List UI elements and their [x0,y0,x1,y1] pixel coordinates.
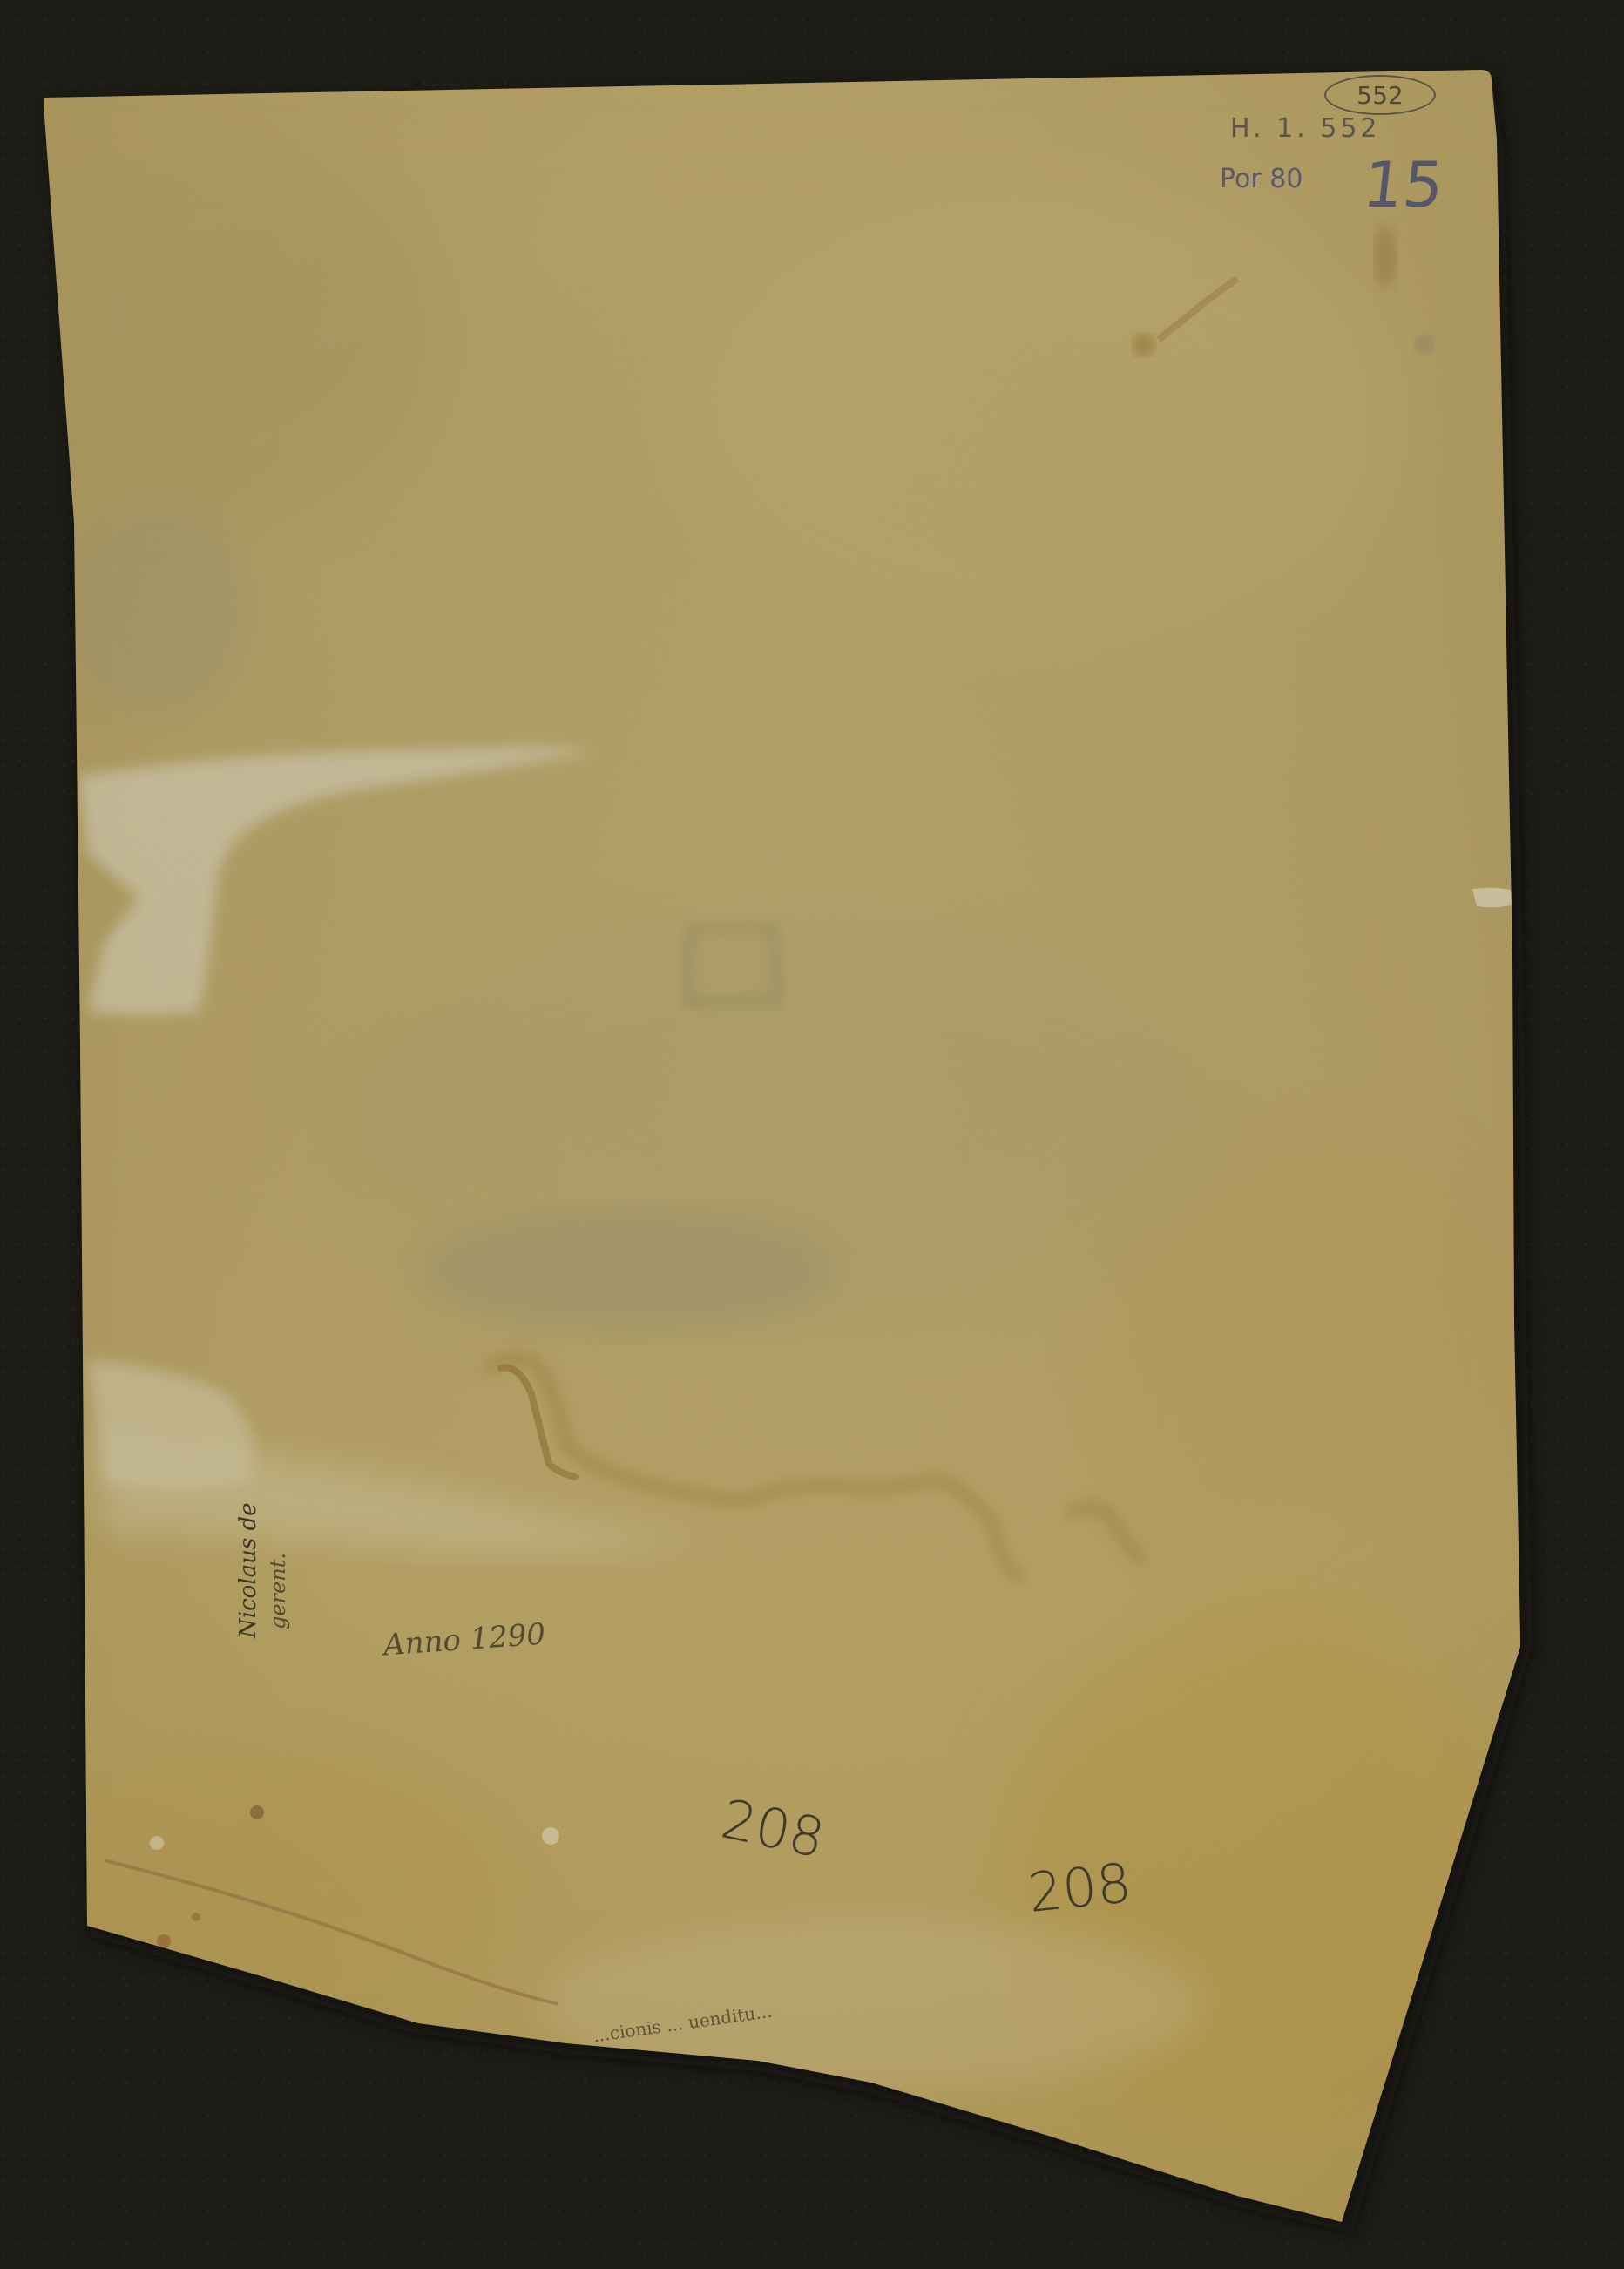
shelfmark: H. 1. 552 [1230,113,1381,144]
number-right: 208 [1025,1851,1134,1925]
parchment-sheet: 552 H. 1. 552 Por 80 15 Nicolaus de gere… [0,0,1624,2269]
archive-number-oval: 552 [1324,75,1436,115]
dorsal-note-name-line1: Nicolaus de [235,1503,261,1638]
parchment-shape [0,0,1624,2269]
bundle-number: 15 [1360,148,1447,221]
old-reference: Por 80 [1220,164,1303,194]
dorsal-note-name-line2: gerent. [266,1553,290,1629]
archive-number: 552 [1357,81,1403,110]
